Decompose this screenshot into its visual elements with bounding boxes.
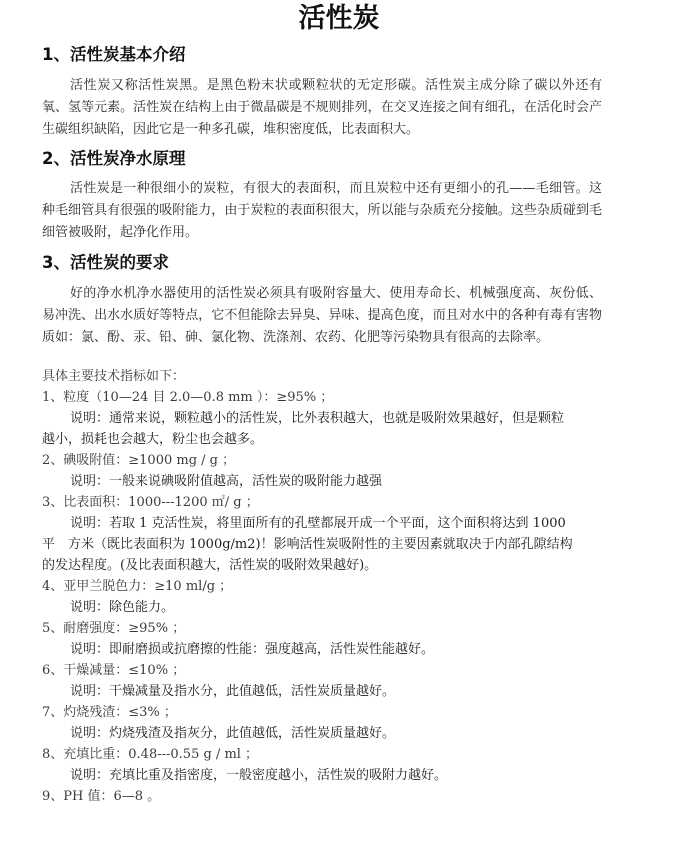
spec-note-1-line-2: 越小，损耗也会越大，粉尘也会越多。 (42, 430, 263, 450)
spec-intro: 具体主要技术指标如下： (42, 367, 185, 387)
section-2-paragraph: 活性炭是一种很细小的炭粒，有很大的表面积，而且炭粒中还有更细小的孔——毛细管。这… (42, 178, 602, 244)
spec-item-6: 6、干燥减量：≤10% ； (42, 661, 185, 681)
section-3-heading: 3、活性炭的要求 (42, 252, 169, 274)
section-3-paragraph: 好的净水机净水器使用的活性炭必须具有吸附容量大、使用寿命长、机械强度高、灰份低、… (42, 283, 602, 349)
spec-item-5: 5、耐磨强度：≥95% ； (42, 619, 185, 639)
spec-note-3-line-3: 的发达程度。(及比表面积越大，活性炭的吸附效果越好)。 (42, 556, 377, 576)
spec-item-3: 3、比表面积：1000---1200 ㎡/ g ； (42, 493, 259, 513)
spec-note-3-line-1: 说明：若取 1 克活性炭，将里面所有的孔壁都展开成一个平面，这个面积将达到 10… (70, 514, 566, 534)
section-1-heading: 1、活性炭基本介绍 (42, 44, 185, 66)
spec-item-9: 9、PH 值：6—8 。 (42, 787, 160, 807)
spec-note-1-line-1: 说明：通常来说，颗粒越小的活性炭，比外表积越大，也就是吸附效果越好，但是颗粒 (70, 409, 564, 429)
spec-item-4: 4、亚甲兰脱色力：≥10 ml/g ； (42, 577, 232, 597)
spec-note-2-line-1: 说明：一般来说碘吸附值越高，活性炭的吸附能力越强 (70, 472, 382, 492)
document-title: 活性炭 (0, 2, 678, 36)
spec-note-7-line-1: 说明：灼烧残渣及指灰分，此值越低，活性炭质量越好。 (70, 724, 395, 744)
spec-item-8: 8、充填比重：0.48---0.55 g / ml ； (42, 745, 258, 765)
spec-item-2: 2、碘吸附值：≥1000 mg / g ； (42, 451, 235, 471)
document-page: 活性炭 1、活性炭基本介绍 活性炭又称活性炭黑。是黑色粉末状或颗粒状的无定形碳。… (0, 0, 678, 868)
spec-item-1: 1、粒度（10—24 目 2.0—0.8 mm ）：≥95% ； (42, 388, 333, 408)
spec-item-7: 7、灼烧残渣：≤3% ； (42, 703, 177, 723)
spec-note-4-line-1: 说明：除色能力。 (70, 598, 174, 618)
spec-note-6-line-1: 说明：干燥减量及指水分，此值越低，活性炭质量越好。 (70, 682, 395, 702)
spec-note-8-line-1: 说明：充填比重及指密度，一般密度越小，活性炭的吸附力越好。 (70, 766, 447, 786)
section-1-paragraph: 活性炭又称活性炭黑。是黑色粉末状或颗粒状的无定形碳。活性炭主成分除了碳以外还有氧… (42, 75, 602, 141)
section-2-heading: 2、活性炭净水原理 (42, 148, 185, 170)
spec-note-5-line-1: 说明：即耐磨损或抗磨擦的性能：强度越高，活性炭性能越好。 (70, 640, 434, 660)
spec-note-3-line-2: 平 方米（既比表面积为 1000g/m2)！影响活性炭吸附性的主要因素就取决于内… (42, 535, 573, 555)
